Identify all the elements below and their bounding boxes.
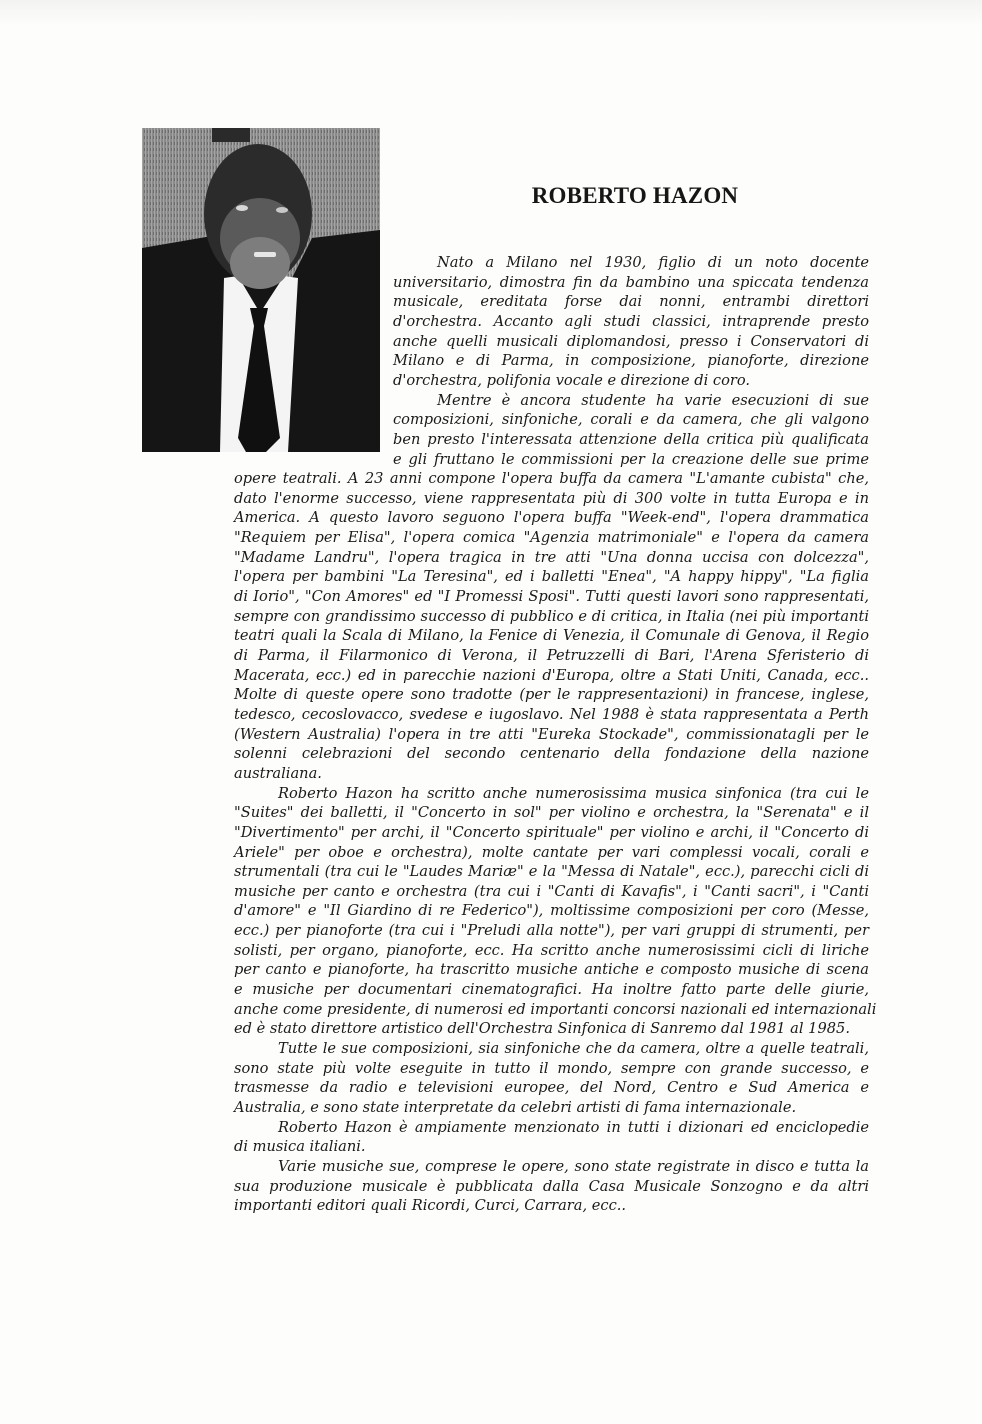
text-line: Australia, e sono state interpretate da … bbox=[234, 1098, 869, 1118]
text-line: australiana. bbox=[234, 764, 869, 784]
text-line: dato l'enorme successo, viene rappresent… bbox=[234, 489, 869, 509]
text-line: d'orchestra. Accanto agli studi classici… bbox=[393, 312, 869, 332]
text-line: Tutte le sue composizioni, sia sinfonich… bbox=[278, 1039, 869, 1059]
text-line: America. A questo lavoro seguono l'opera… bbox=[234, 508, 869, 528]
text-line: importanti editori quali Ricordi, Curci,… bbox=[234, 1196, 869, 1216]
text-line: Molte di queste opere sono tradotte (per… bbox=[234, 685, 869, 705]
text-line: sua produzione musicale è pubblicata dal… bbox=[234, 1177, 869, 1197]
text-line: musiche per canto e orchestra (tra cui i… bbox=[234, 882, 869, 902]
text-line: di Parma, il Filarmonico di Verona, il P… bbox=[234, 646, 869, 666]
text-line: e musiche per documentari cinematografic… bbox=[234, 980, 869, 1000]
text-line: teatri quali la Scala di Milano, la Feni… bbox=[234, 626, 869, 646]
text-line: "Suites" dei balletti, il "Concerto in s… bbox=[234, 803, 869, 823]
text-line: "Madame Landru", l'opera tragica in tre … bbox=[234, 548, 869, 568]
text-line: opere teatrali. A 23 anni compone l'oper… bbox=[234, 469, 869, 489]
text-line: l'opera per bambini "La Teresina", ed i … bbox=[234, 567, 869, 587]
text-line: solenni celebrazioni del secondo centena… bbox=[234, 744, 869, 764]
text-line: Milano e di Parma, in composizione, pian… bbox=[393, 351, 869, 371]
text-line: anche quelli musicali diplomandosi, pres… bbox=[393, 332, 869, 352]
text-line: strumentali (tra cui le "Laudes Mariæ" e… bbox=[234, 862, 869, 882]
text-line: e gli fruttano le commissioni per la cre… bbox=[393, 450, 869, 470]
text-line: Varie musiche sue, comprese le opere, so… bbox=[278, 1157, 869, 1177]
text-line: Roberto Hazon ha scritto anche numerosis… bbox=[278, 784, 869, 804]
text-line: di Iorio", "Con Amores" ed "I Promessi S… bbox=[234, 587, 869, 607]
text-line: Nato a Milano nel 1930, figlio di un not… bbox=[437, 253, 869, 273]
page-title: ROBERTO HAZON bbox=[480, 183, 790, 209]
text-line: tedesco, cecoslovacco, svedese e iugosla… bbox=[234, 705, 869, 725]
portrait-photo-icon bbox=[142, 128, 380, 452]
text-line: trasmesse da radio e televisioni europee… bbox=[234, 1078, 869, 1098]
text-line: ecc.) per pianoforte (tra cui i "Preludi… bbox=[234, 921, 869, 941]
text-line: universitario, dimostra fin da bambino u… bbox=[393, 273, 869, 293]
portrait-photo bbox=[142, 128, 380, 452]
text-line: Macerata, ecc.) ed in parecchie nazioni … bbox=[234, 666, 869, 686]
text-line: (Western Australia) l'opera in tre atti … bbox=[234, 725, 869, 745]
text-line: ben presto l'interessata attenzione dell… bbox=[393, 430, 869, 450]
text-line: solisti, per organo, pianoforte, ecc. Ha… bbox=[234, 941, 869, 961]
text-line: musicale, ereditata forse dai nonni, ent… bbox=[393, 292, 869, 312]
text-line: ed è stato direttore artistico dell'Orch… bbox=[234, 1019, 869, 1039]
text-line: "Requiem per Elisa", l'opera comica "Age… bbox=[234, 528, 869, 548]
text-line: anche come presidente, di numerosi ed im… bbox=[234, 1000, 869, 1020]
text-line: "Divertimento" per archi, il "Concerto s… bbox=[234, 823, 869, 843]
page-top-shadow bbox=[0, 0, 982, 26]
text-line: di musica italiani. bbox=[234, 1137, 869, 1157]
text-line: sempre con grandissimo successo di pubbl… bbox=[234, 607, 869, 627]
text-line: composizioni, sinfoniche, corali e da ca… bbox=[393, 410, 869, 430]
text-line: Mentre è ancora studente ha varie esecuz… bbox=[437, 391, 869, 411]
text-line: d'orchestra, polifonia vocale e direzion… bbox=[393, 371, 869, 391]
text-line: sono state più volte eseguite in tutto i… bbox=[234, 1059, 869, 1079]
text-line: Ariele" per oboe e orchestra), molte can… bbox=[234, 843, 869, 863]
text-line: d'amore" e "Il Giardino di re Federico")… bbox=[234, 901, 869, 921]
text-line: Roberto Hazon è ampiamente menzionato in… bbox=[278, 1118, 869, 1138]
text-line: per canto e pianoforte, ha trascritto mu… bbox=[234, 960, 869, 980]
